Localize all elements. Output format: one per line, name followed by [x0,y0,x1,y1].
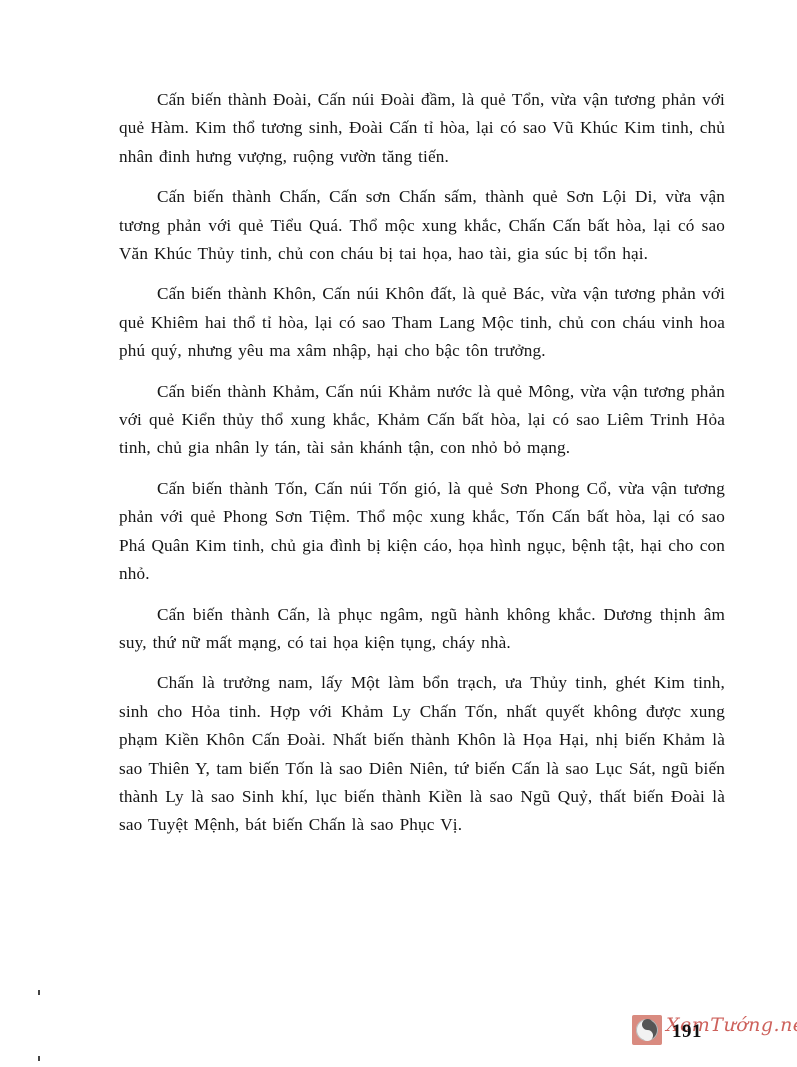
page-number: 191 [672,1021,702,1043]
document-page: Cấn biến thành Đoài, Cấn núi Đoài đầm, l… [119,86,725,852]
scan-artifact-mark [38,990,40,995]
paragraph-chan-truong-nam: Chấn là trưởng nam, lấy Một làm bổn trạc… [119,669,725,839]
paragraph-khon: Cấn biến thành Khôn, Cấn núi Khôn đất, l… [119,280,725,365]
page-footer: XemTướng.net 191 [628,1013,797,1053]
paragraph-can: Cấn biến thành Cấn, là phục ngâm, ngũ hà… [119,601,725,658]
paragraph-ton: Cấn biến thành Tốn, Cấn núi Tốn gió, là … [119,475,725,589]
watermark-logo [632,1015,662,1045]
scan-artifact-mark [38,1056,40,1061]
paragraph-kham: Cấn biến thành Khảm, Cấn núi Khảm nước l… [119,378,725,463]
paragraph-doai: Cấn biến thành Đoài, Cấn núi Đoài đầm, l… [119,86,725,171]
yin-yang-icon [636,1019,658,1041]
paragraph-chan: Cấn biến thành Chấn, Cấn sơn Chấn sấm, t… [119,183,725,268]
